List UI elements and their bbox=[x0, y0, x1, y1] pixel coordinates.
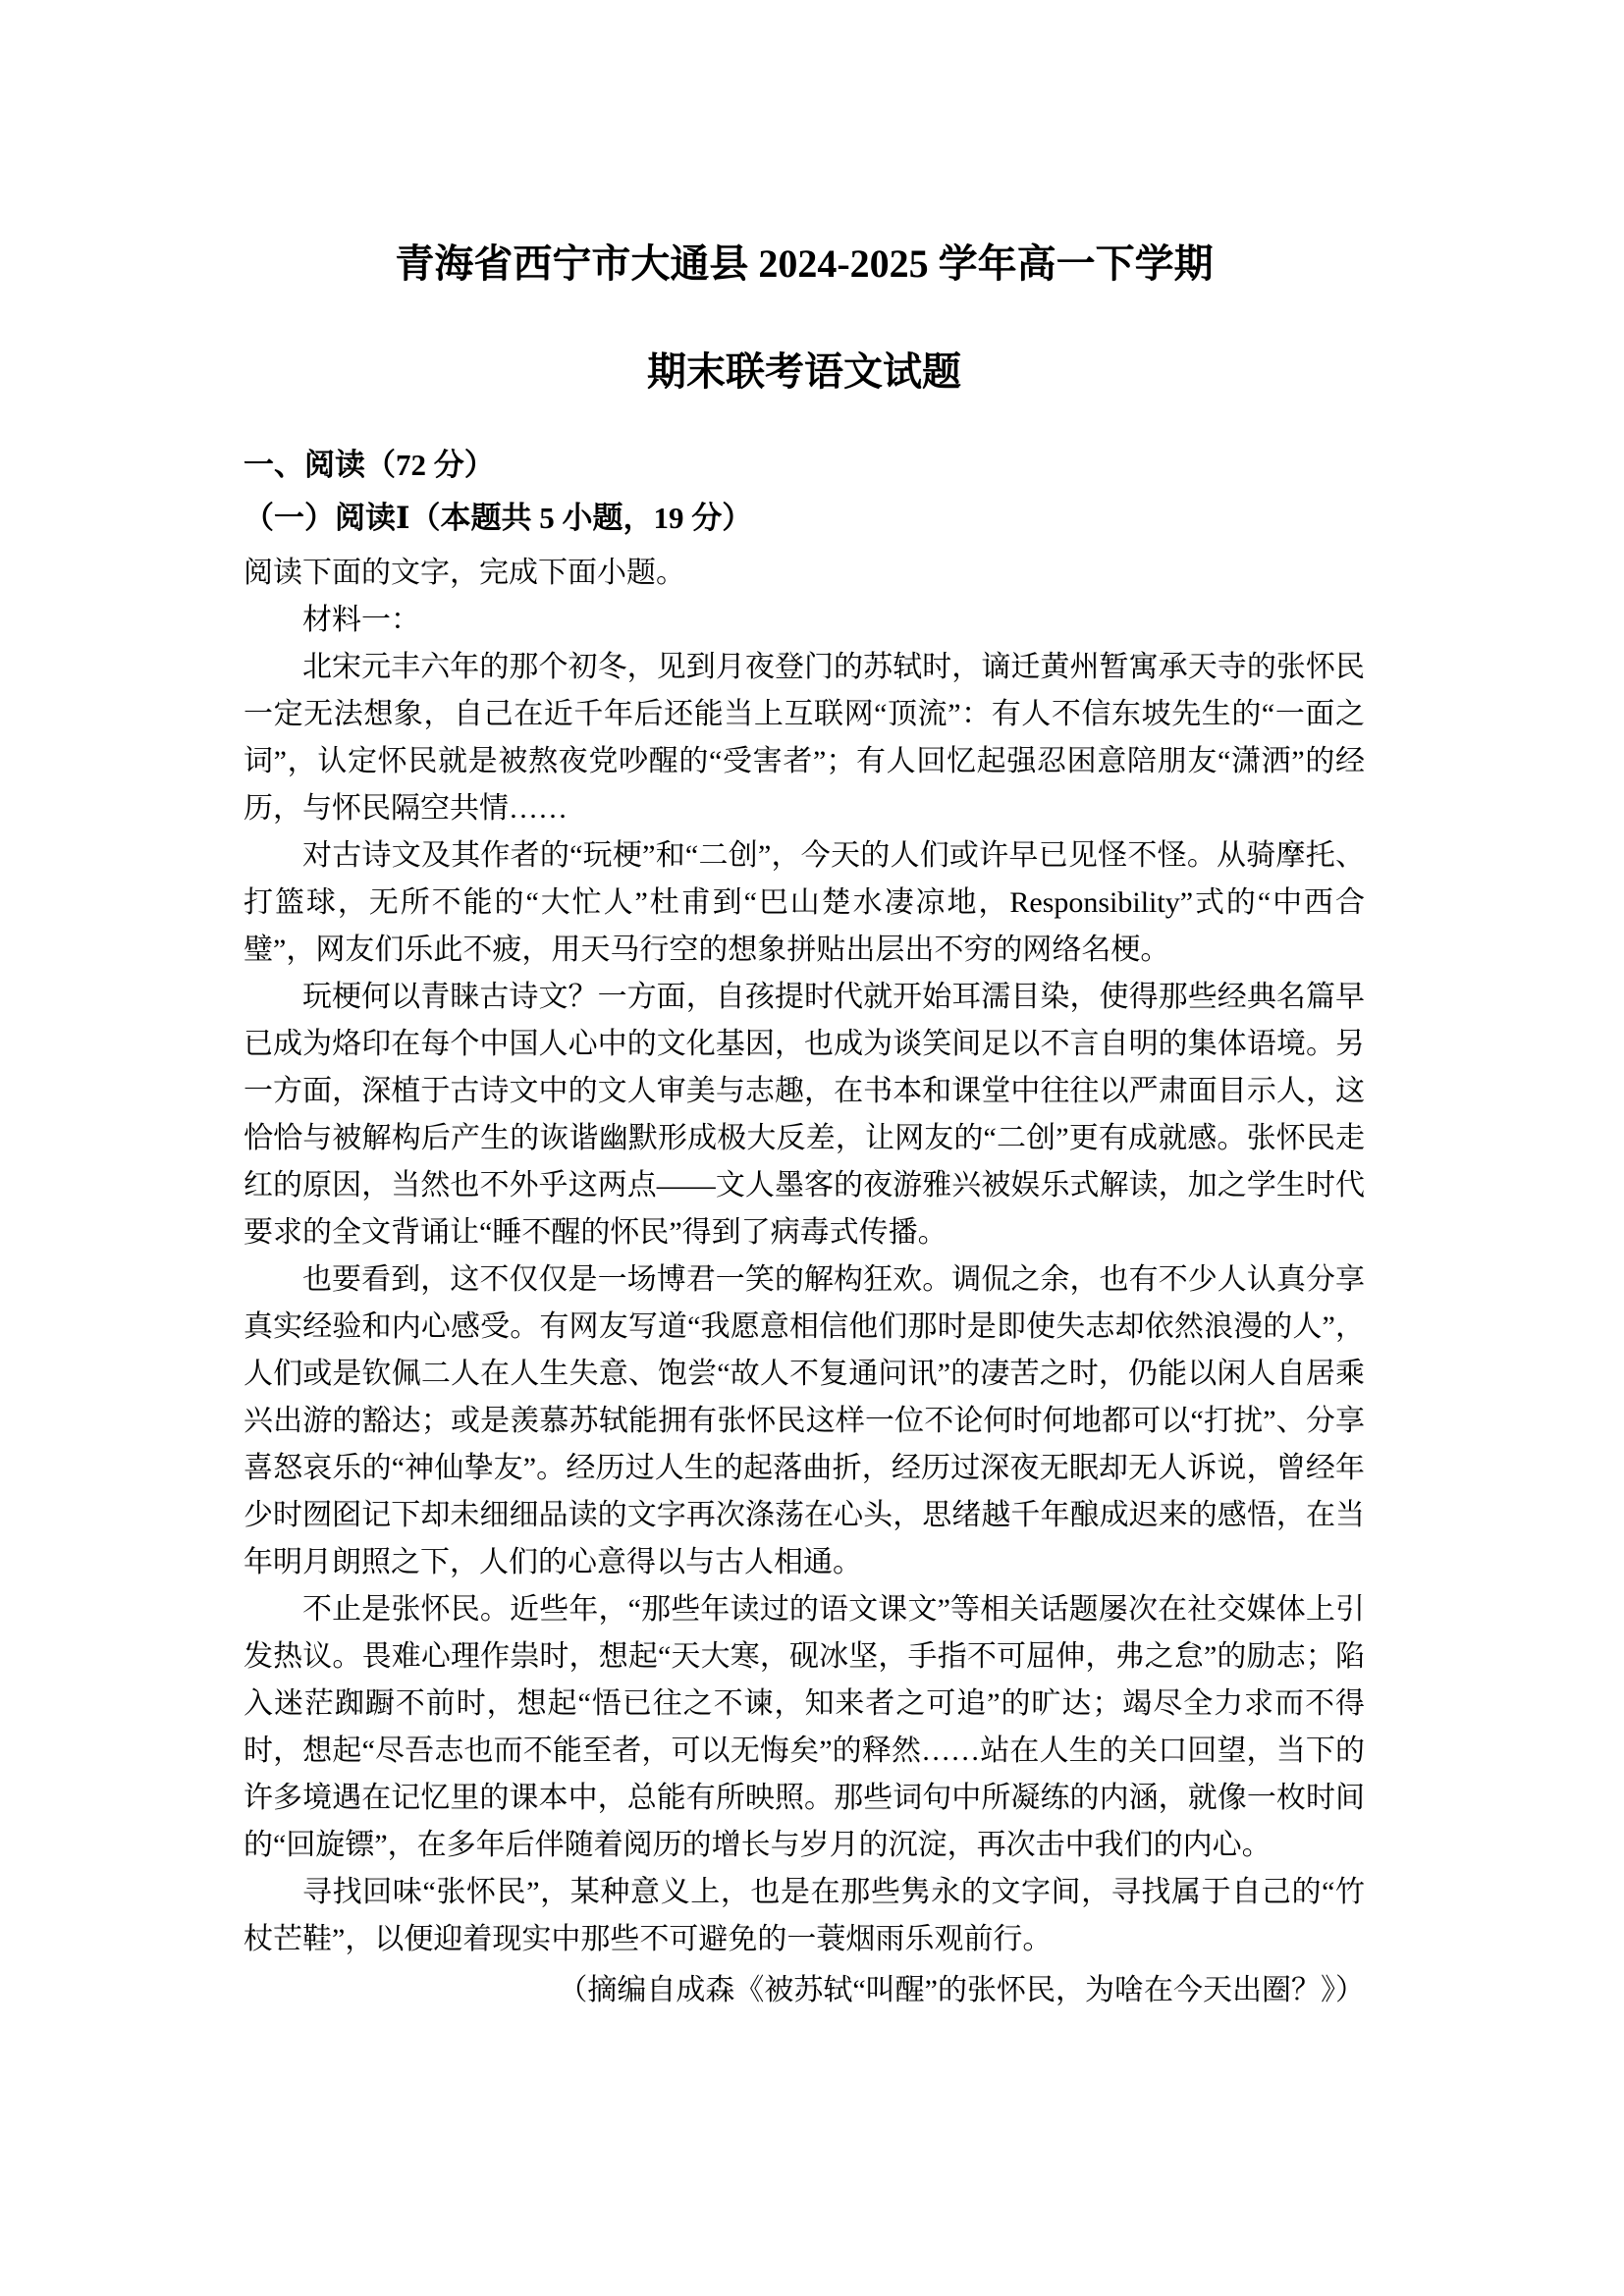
exam-paper-page: 青海省西宁市大通县 2024-2025 学年高一下学期 期末联考语文试题 一、阅… bbox=[0, 0, 1624, 2296]
source-attribution: （摘编自成森《被苏轼“叫醒”的张怀民，为啥在今天出圈？》） bbox=[244, 1967, 1365, 2014]
doc-title-line2: 期末联考语文试题 bbox=[244, 349, 1365, 395]
material-paragraph-3: 玩梗何以青睐古诗文？一方面，自孩提时代就开始耳濡目染，使得那些经典名篇早已成为烙… bbox=[244, 974, 1365, 1256]
material-paragraph-6: 寻找回味“张怀民”，某种意义上，也是在那些隽永的文字间，寻找属于自己的“竹杖芒鞋… bbox=[244, 1869, 1365, 1963]
instruction-text: 阅读下面的文字，完成下面小题。 bbox=[244, 554, 1365, 593]
section-heading-reading: 一、阅读（72 分） bbox=[244, 446, 1365, 485]
subsection-heading-reading-1: （一）阅读Ⅰ（本题共 5 小题，19 分） bbox=[244, 499, 1365, 538]
material-paragraph-2: 对古诗文及其作者的“玩梗”和“二创”，今天的人们或许早已见怪不怪。从骑摩托、打篮… bbox=[244, 832, 1365, 974]
material-paragraph-1: 北宋元丰六年的那个初冬，见到月夜登门的苏轼时，谪迁黄州暂寓承天寺的张怀民一定无法… bbox=[244, 644, 1365, 832]
material-paragraph-5: 不止是张怀民。近些年，“那些年读过的语文课文”等相关话题屡次在社交媒体上引发热议… bbox=[244, 1586, 1365, 1869]
material-paragraph-4: 也要看到，这不仅仅是一场博君一笑的解构狂欢。调侃之余，也有不少人认真分享真实经验… bbox=[244, 1256, 1365, 1586]
material-label: 材料一： bbox=[244, 597, 1365, 644]
doc-title-line1: 青海省西宁市大通县 2024-2025 学年高一下学期 bbox=[244, 241, 1365, 287]
